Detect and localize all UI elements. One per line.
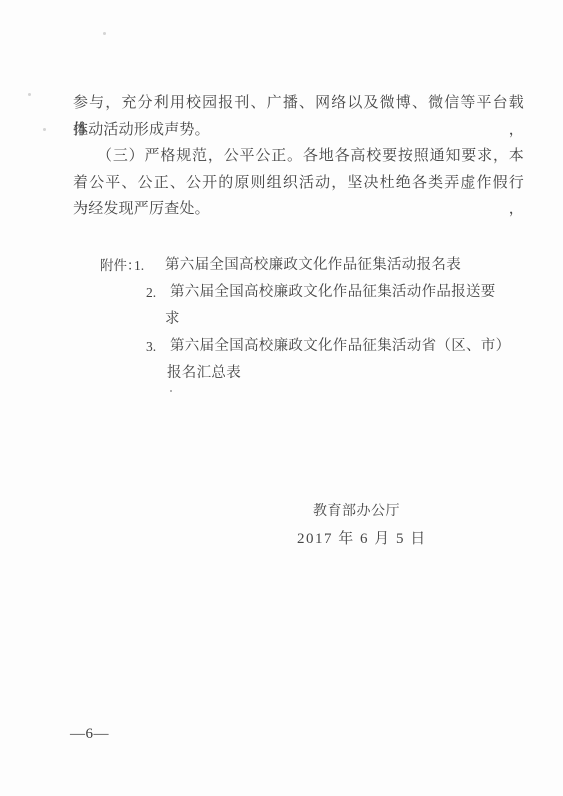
attachment-title: 第六届全国高校廉政文化作品征集活动报名表 xyxy=(165,252,461,279)
body-text-line: 着公平、公正、公开的原则组织活动，坚决杜绝各类弄虚作假行为， xyxy=(73,170,524,197)
attachment-title: 第六届全国高校廉政文化作品征集活动省（区、市） xyxy=(170,333,510,360)
page-number: —6— xyxy=(70,727,109,742)
attachment-title: 第六届全国高校廉政文化作品征集活动作品报送要 xyxy=(170,279,496,306)
attachment-item-2: 2. 第六届全国高校廉政文化作品征集活动作品报送要 xyxy=(146,279,545,306)
attachment-item-3-continuation: 报名汇总表 xyxy=(167,360,545,387)
attachments-list: 附件： 1. 第六届全国高校廉政文化作品征集活动报名表 2. 第六届全国高校廉政… xyxy=(100,252,545,387)
body-text-line: （三）严格规范，公平公正。各地各高校要按照通知要求，本 xyxy=(73,143,524,170)
attachment-item-1: 附件： 1. 第六届全国高校廉政文化作品征集活动报名表 xyxy=(100,252,545,279)
scan-speckle xyxy=(43,128,46,131)
scan-speckle xyxy=(28,93,31,96)
scan-speckle xyxy=(103,32,106,35)
scanned-document-page: 参与，充分利用校园报刊、广播、网络以及微博、微信等平台载体， 推动活动形成声势。… xyxy=(0,0,563,796)
attachments-label: 附件： xyxy=(100,252,134,279)
body-text-line: 参与，充分利用校园报刊、广播、网络以及微博、微信等平台载体， xyxy=(73,90,524,117)
document-body: 参与，充分利用校园报刊、广播、网络以及微博、微信等平台载体， 推动活动形成声势。… xyxy=(73,90,524,223)
signature-organization: 教育部办公厅 xyxy=(313,505,400,519)
attachment-number: 1. xyxy=(134,252,165,279)
attachment-item-3: 3. 第六届全国高校廉政文化作品征集活动省（区、市） xyxy=(146,333,545,360)
scan-speckle xyxy=(170,390,172,392)
attachment-number: 2. xyxy=(146,279,170,306)
attachment-title: 报名汇总表 xyxy=(167,360,241,387)
signature-date: 2017 年 6 月 5 日 xyxy=(297,532,427,547)
attachment-item-2-continuation: 求 xyxy=(165,306,545,333)
attachment-number: 3. xyxy=(146,333,170,360)
attachment-title: 求 xyxy=(165,306,180,333)
